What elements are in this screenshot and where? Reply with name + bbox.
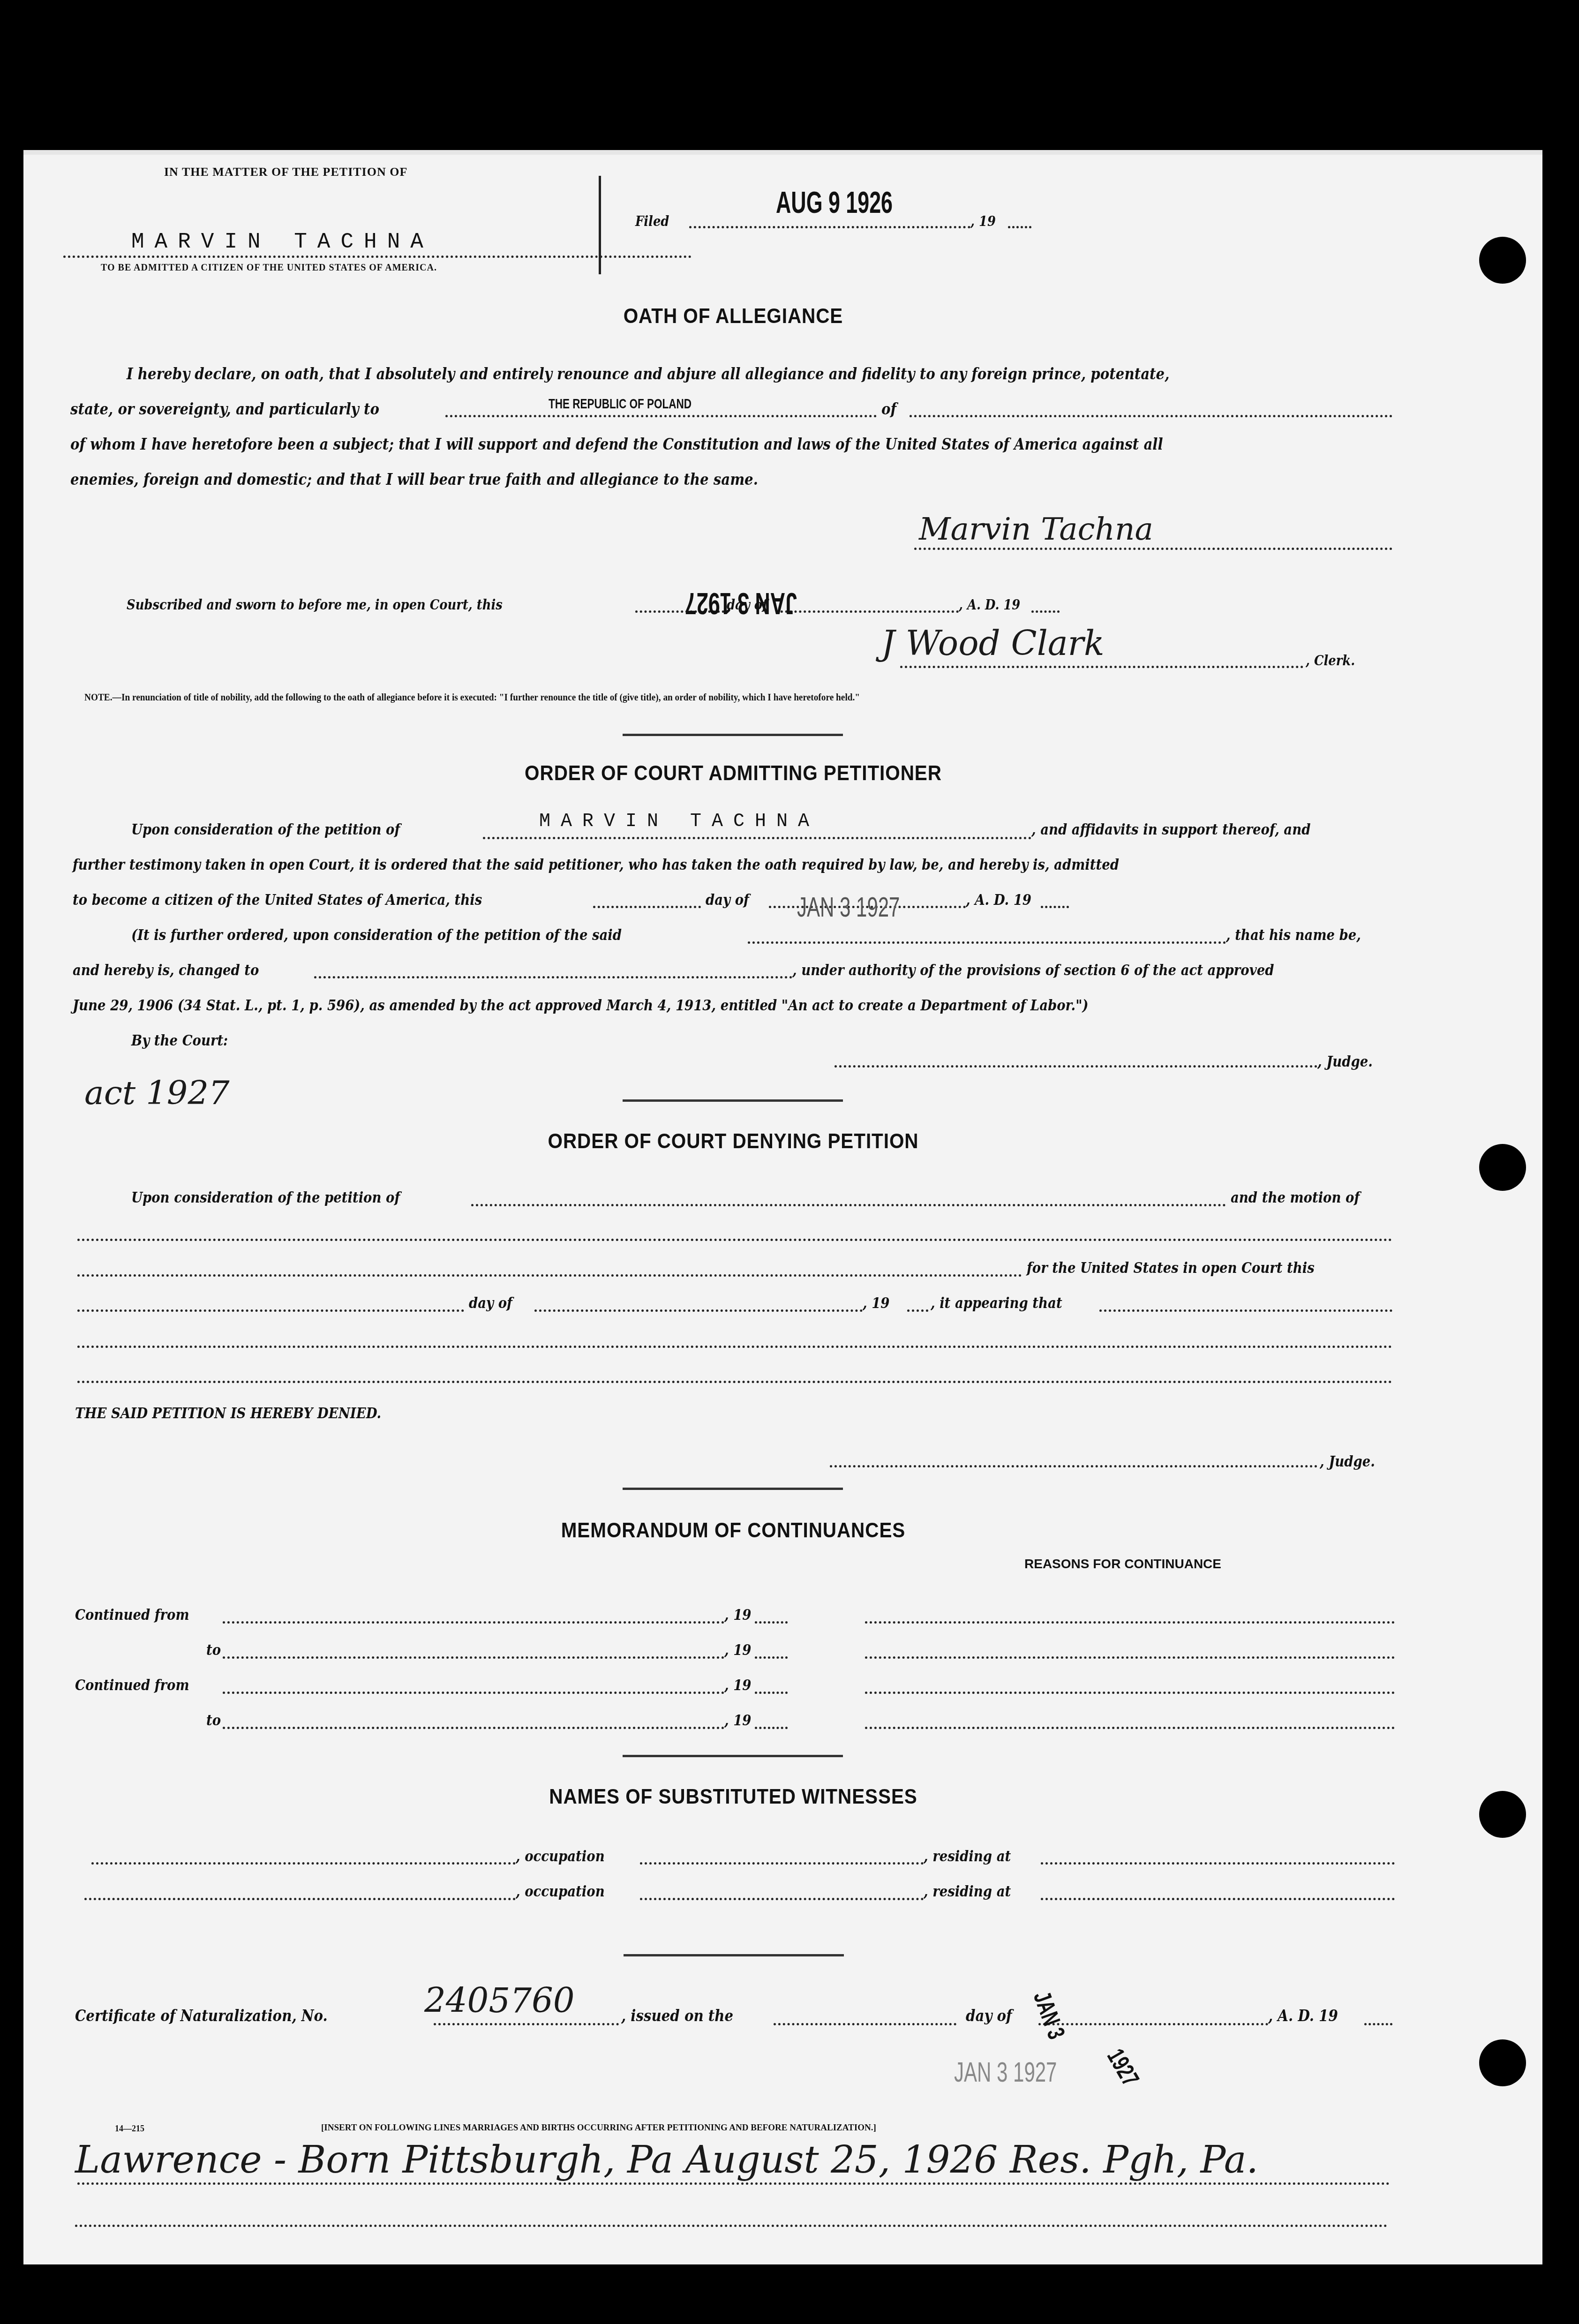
denying-judge-line bbox=[830, 1465, 1317, 1467]
scan-border bbox=[0, 2264, 1579, 2324]
reasons-header: REASONS FOR CONTINUANCE bbox=[1024, 1557, 1221, 1572]
filed-year-line bbox=[1008, 226, 1031, 228]
denying-motion-line bbox=[77, 1274, 1022, 1277]
oath-line-3: of whom I have heretofore been a subject… bbox=[70, 435, 1163, 454]
petitioner-name-line bbox=[63, 256, 692, 258]
admitting-ad: , A. D. 19 bbox=[966, 891, 1031, 909]
continuance-year: , 19 bbox=[724, 1641, 751, 1659]
certificate-label: Certificate of Naturalization, No. bbox=[75, 2007, 328, 2025]
form-number: 14—215 bbox=[115, 2124, 144, 2134]
witnesses-title: NAMES OF SUBSTITUTED WITNESSES bbox=[474, 1785, 992, 1809]
admitting-day-of: day of bbox=[706, 891, 749, 909]
admitting-line-4-prefix: (It is further ordered, upon considerati… bbox=[131, 926, 622, 944]
certificate-number-line bbox=[434, 2023, 619, 2025]
petitioner-signature: Marvin Tachna bbox=[919, 511, 1153, 547]
admitting-year-line bbox=[1041, 906, 1069, 908]
denying-judge-label: , Judge. bbox=[1320, 1452, 1375, 1470]
oath-title: OATH OF ALLEGIANCE bbox=[518, 305, 949, 328]
sworn-ad: , A. D. 19 bbox=[959, 597, 1020, 613]
certificate-ad: , A. D. 19 bbox=[1268, 2007, 1338, 2025]
denied-statement: THE SAID PETITION IS HEREBY DENIED. bbox=[75, 1404, 381, 1422]
insert-line bbox=[77, 2182, 1390, 2185]
admitting-judge-label: , Judge. bbox=[1317, 1053, 1373, 1070]
witness-residing-label: , residing at bbox=[924, 1847, 1011, 1865]
admitting-petitioner-name: MARVIN TACHNA bbox=[539, 811, 820, 832]
certificate-faint-stamp: JAN 3 1927 bbox=[954, 2056, 1057, 2088]
admitting-line-5-suffix: , under authority of the provisions of s… bbox=[792, 961, 1274, 979]
insert-line bbox=[75, 2225, 1388, 2227]
admitting-line-1-prefix: Upon consideration of the petition of bbox=[131, 820, 400, 838]
continuance-date-line bbox=[223, 1727, 724, 1729]
admitting-line-6: June 29, 1906 (34 Stat. L., pt. 1, p. 59… bbox=[73, 996, 1089, 1014]
denying-year-line bbox=[907, 1309, 928, 1312]
admitted-caption: TO BE ADMITTED A CITIZEN OF THE UNITED S… bbox=[101, 263, 437, 273]
section-divider bbox=[623, 1099, 843, 1102]
denying-line-2-suffix: for the United States in open Court this bbox=[1027, 1259, 1315, 1277]
filed-date-line bbox=[689, 226, 970, 228]
clerk-signature: J Wood Clark bbox=[881, 624, 1105, 663]
filed-year-label: , 19 bbox=[970, 213, 996, 230]
admitting-line-5-prefix: and hereby is, changed to bbox=[73, 961, 259, 979]
witness-residence-line bbox=[1041, 1898, 1395, 1900]
section-divider bbox=[624, 1954, 844, 1956]
denying-reason-line bbox=[77, 1381, 1392, 1383]
matter-of-petition-label: IN THE MATTER OF THE PETITION OF bbox=[164, 165, 407, 179]
admitting-line-2: further testimony taken in open Court, i… bbox=[73, 856, 1119, 873]
punch-hole-icon bbox=[1479, 1791, 1526, 1838]
denying-appearing: , it appearing that bbox=[931, 1294, 1062, 1312]
continuance-reason-line bbox=[865, 1727, 1395, 1729]
filed-label: Filed bbox=[635, 213, 669, 230]
continuance-year: , 19 bbox=[724, 1606, 751, 1624]
country-line bbox=[910, 415, 1392, 417]
brace-divider bbox=[599, 176, 601, 274]
sworn-prefix: Subscribed and sworn to before me, in op… bbox=[127, 597, 503, 613]
clerk-signature-line bbox=[900, 666, 1303, 668]
denying-line-1-prefix: Upon consideration of the petition of bbox=[131, 1188, 400, 1206]
certificate-month-line bbox=[1038, 2023, 1268, 2025]
punch-hole-icon bbox=[1479, 1144, 1526, 1191]
denying-blank-line bbox=[77, 1239, 1392, 1241]
handwritten-birth-entry: Lawrence - Born Pittsburgh, Pa August 25… bbox=[75, 2138, 1258, 2181]
denying-petitioner-line bbox=[471, 1204, 1226, 1206]
continuance-row-label: to bbox=[206, 1711, 221, 1729]
insert-instruction: [INSERT ON FOLLOWING LINES MARRIAGES AND… bbox=[321, 2123, 876, 2133]
continuance-year-line bbox=[755, 1656, 788, 1659]
continuance-year-line bbox=[755, 1621, 788, 1624]
denying-line-1-suffix: and the motion of bbox=[1231, 1188, 1360, 1206]
admitting-line-1-suffix: , and affidavits in support thereof, and bbox=[1031, 820, 1310, 838]
continuance-date-line bbox=[223, 1692, 724, 1694]
admitting-title: ORDER OF COURT ADMITTING PETITIONER bbox=[431, 762, 1035, 785]
denying-title: ORDER OF COURT DENYING PETITION bbox=[474, 1130, 992, 1153]
witness-residence-line bbox=[1041, 1862, 1395, 1865]
by-the-court: By the Court: bbox=[131, 1031, 228, 1049]
continuance-row-label: Continued from bbox=[75, 1606, 189, 1624]
oath-line-1: I hereby declare, on oath, that I absolu… bbox=[127, 365, 1169, 384]
certificate-year-line bbox=[1364, 2023, 1392, 2025]
punch-hole-icon bbox=[1479, 237, 1526, 284]
certificate-number: 2405760 bbox=[424, 1981, 575, 2020]
certificate-issued-label: , issued on the bbox=[621, 2007, 733, 2025]
oath-line-4: enemies, foreign and domestic; and that … bbox=[70, 470, 758, 489]
admitting-day-line bbox=[593, 906, 701, 908]
section-divider bbox=[623, 734, 843, 736]
denying-day-line bbox=[77, 1309, 464, 1312]
name-change-petitioner-line bbox=[748, 941, 1226, 944]
denying-year: , 19 bbox=[863, 1294, 889, 1312]
petitioner-signature-line bbox=[914, 548, 1392, 550]
continuance-row-label: Continued from bbox=[75, 1676, 189, 1694]
witness-occupation-line bbox=[640, 1862, 924, 1865]
admitting-judge-line bbox=[835, 1065, 1317, 1068]
continuance-year-line bbox=[755, 1692, 788, 1694]
sworn-month-line bbox=[776, 610, 959, 613]
denying-reason-line bbox=[77, 1346, 1392, 1348]
punch-hole-icon bbox=[1479, 2039, 1526, 2086]
sovereign-line bbox=[445, 415, 877, 417]
continuance-reason-line bbox=[865, 1692, 1395, 1694]
section-divider bbox=[623, 1755, 843, 1757]
denying-month-line bbox=[534, 1309, 863, 1312]
witness-occupation-line bbox=[640, 1898, 924, 1900]
admitting-line-3-prefix: to become a citizen of the United States… bbox=[73, 891, 482, 909]
nobility-note: NOTE.—In renunciation of title of nobili… bbox=[84, 692, 860, 703]
oath-line-2-of: of bbox=[881, 400, 896, 419]
sovereign-value: THE REPUBLIC OF POLAND bbox=[549, 396, 692, 412]
clerk-label: , Clerk. bbox=[1306, 653, 1355, 669]
continuance-year: , 19 bbox=[724, 1711, 751, 1729]
continuance-reason-line bbox=[865, 1656, 1395, 1659]
certificate-day-of: day of bbox=[966, 2007, 1012, 2025]
witness-name-line bbox=[84, 1898, 516, 1900]
continuances-title: MEMORANDUM OF CONTINUANCES bbox=[474, 1519, 992, 1542]
petitioner-name-typed: MARVIN TACHNA bbox=[131, 230, 434, 254]
witness-occupation-label: , occupation bbox=[516, 1882, 605, 1900]
continuance-year-line bbox=[755, 1727, 788, 1729]
witness-occupation-label: , occupation bbox=[516, 1847, 605, 1865]
admitted-date-stamp: JAN 3 1927 bbox=[797, 891, 900, 923]
sworn-date-stamp-inverted: JAN 3 1927 bbox=[685, 586, 797, 621]
witness-residing-label: , residing at bbox=[924, 1882, 1011, 1900]
admitting-line-4-suffix: , that his name be, bbox=[1226, 926, 1361, 944]
witness-name-line bbox=[91, 1862, 516, 1865]
continuance-year: , 19 bbox=[724, 1676, 751, 1694]
continuance-date-line bbox=[223, 1621, 724, 1624]
denying-day-of: day of bbox=[469, 1294, 512, 1312]
continuance-date-line bbox=[223, 1656, 724, 1659]
sworn-year-line bbox=[1031, 610, 1060, 613]
section-divider bbox=[623, 1488, 843, 1490]
changed-name-line bbox=[314, 976, 792, 978]
continuance-row-label: to bbox=[206, 1641, 221, 1659]
admitting-petitioner-line bbox=[483, 837, 1031, 839]
denying-appearing-line bbox=[1099, 1309, 1392, 1312]
filed-date-stamp: AUG 9 1926 bbox=[776, 185, 893, 220]
certificate-day-line bbox=[774, 2023, 956, 2025]
margin-handwritten-note: act 1927 bbox=[84, 1074, 229, 1112]
continuance-reason-line bbox=[865, 1621, 1395, 1624]
oath-line-2-prefix: state, or sovereignty, and particularly … bbox=[70, 400, 379, 419]
